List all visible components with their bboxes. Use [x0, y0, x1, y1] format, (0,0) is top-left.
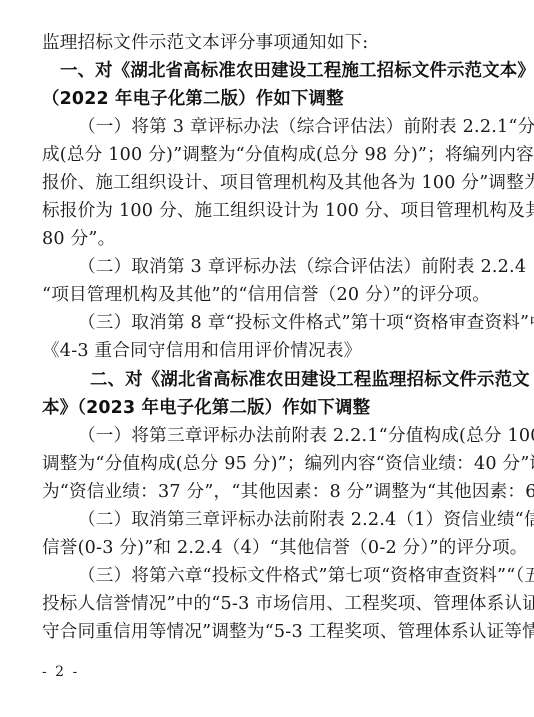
paragraph-2-3-line3: 守合同重信用等情况”调整为“5-3 工程奖项、管理体系认证等情: [42, 618, 492, 646]
section-two-heading-cont: 本》（2023 年电子化第二版）作如下调整: [42, 394, 492, 422]
paragraph-2-3-line2: 投标人信誉情况”中的“5-3 市场信用、工程奖项、管理体系认证、: [42, 590, 492, 618]
paragraph-1-1-line5: 80 分”。: [42, 225, 492, 253]
paragraph-1-2-line2: “项目管理机构及其他”的“信用信誉（20 分）”的评分项。: [42, 281, 492, 309]
page-number: - 2 -: [42, 664, 79, 680]
paragraph-1-2: （二）取消第 3 章评标办法（综合评估法）前附表 2.2.4（3）: [78, 253, 492, 281]
paragraph-1-1-line4: 标报价为 100 分、施工组织设计为 100 分、项目管理机构及其他为: [42, 197, 492, 225]
paragraph-2-2: （二）取消第三章评标办法前附表 2.2.4（1）资信业绩“信用: [78, 506, 492, 534]
paragraph-2-3: （三）将第六章“投标文件格式”第七项“资格审查资料”“（五）: [78, 562, 492, 590]
paragraph-1-1: （一）将第 3 章评标办法（综合评估法）前附表 2.2.1“分值构: [78, 113, 492, 141]
paragraph-1-3: （三）取消第 8 章“投标文件格式”第十项“资格审查资料”中的: [78, 309, 492, 337]
paragraph-2-1-line3: 为“资信业绩：37 分”，“其他因素：8 分”调整为“其他因素：6 分”。: [42, 478, 492, 506]
paragraph-1-3-line2: 《4-3 重合同守信用和信用评价情况表》: [42, 337, 492, 365]
paragraph-2-1-line2: 调整为“分值构成(总分 95 分)”；编列内容“资信业绩：40 分”调整: [42, 450, 492, 478]
section-one-heading: 一、对《湖北省高标准农田建设工程施工招标文件示范文本》: [60, 57, 492, 85]
section-two-heading: 二、对《湖北省高标准农田建设工程监理招标文件示范文: [90, 366, 492, 394]
paragraph-2-1: （一）将第三章评标办法前附表 2.2.1“分值构成(总分 100 分)”: [78, 422, 492, 450]
document-page: 监理招标文件示范文本评分事项通知如下: 一、对《湖北省高标准农田建设工程施工招标…: [0, 0, 534, 717]
paragraph-2-2-line2: 信誉(0-3 分)”和 2.2.4（4）“其他信誉（0-2 分）”的评分项。: [42, 534, 492, 562]
paragraph-1-1-line2: 成(总分 100 分)”调整为“分值构成(总分 98 分)”；将编列内容“投标: [42, 141, 492, 169]
section-one-heading-cont: （2022 年电子化第二版）作如下调整: [42, 85, 492, 113]
paragraph-1-1-line3: 报价、施工组织设计、项目管理机构及其他各为 100 分”调整为“投: [42, 169, 492, 197]
intro-line: 监理招标文件示范文本评分事项通知如下:: [42, 29, 492, 57]
